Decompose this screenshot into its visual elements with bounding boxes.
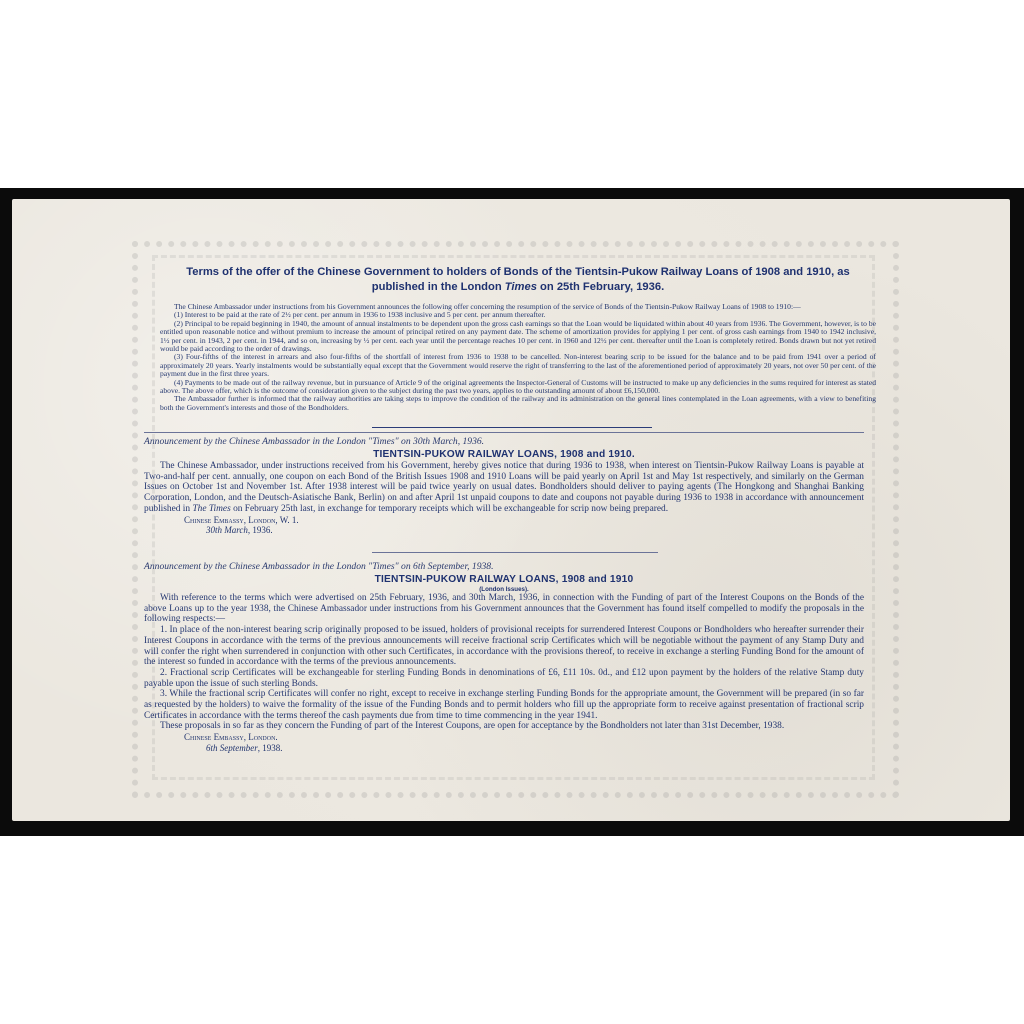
terms-title-line1: Terms of the offer of the Chinese Govern… xyxy=(160,265,876,280)
section-divider xyxy=(372,427,652,428)
signature-date: 6th September, 1938. xyxy=(206,743,864,754)
announcement-body: The Chinese Ambassador, under instructio… xyxy=(144,461,864,515)
times-italic: Times xyxy=(505,281,537,293)
announcement-line: Announcement by the Chinese Ambassador i… xyxy=(144,436,864,448)
terms-of-offer-section: Terms of the offer of the Chinese Govern… xyxy=(160,265,876,412)
date-text: 6th September xyxy=(206,743,258,753)
terms-paragraph: (3) Four-fifths of the interest in arrea… xyxy=(160,353,876,378)
date-text: 30th March xyxy=(206,525,248,535)
section-divider xyxy=(372,552,658,553)
signature-block: Chinese Embassy, London, W. 1. 30th Marc… xyxy=(184,515,864,536)
announcement-paragraph: The Chinese Ambassador, under instructio… xyxy=(144,461,864,515)
announcement-paragraph: These proposals in so far as they concer… xyxy=(144,721,864,732)
announcement-1938-section: Announcement by the Chinese Ambassador i… xyxy=(144,561,864,753)
date-year: , 1936. xyxy=(248,525,273,535)
announcement-body: With reference to the terms which were a… xyxy=(144,593,864,732)
announcement-line: Announcement by the Chinese Ambassador i… xyxy=(144,561,864,573)
announcement-paragraph: 1. In place of the non-interest bearing … xyxy=(144,625,864,668)
body-text: on February 25th last, in exchange for t… xyxy=(231,504,668,514)
announcement-paragraph: 3. While the fractional scrip Certificat… xyxy=(144,689,864,721)
announcement-paragraph: 2. Fractional scrip Certificates will be… xyxy=(144,668,864,689)
announcement-heading: TIENTSIN-PUKOW RAILWAY LOANS, 1908 and 1… xyxy=(144,448,864,461)
terms-paragraph: (2) Principal to be repaid beginning in … xyxy=(160,320,876,354)
signature-org: Chinese Embassy, London, W. 1. xyxy=(184,515,864,526)
announcement-subheading: (London Issues). xyxy=(144,586,864,593)
signature-org: Chinese Embassy, London. xyxy=(184,732,864,743)
terms-title-line2: published in the London Times on 25th Fe… xyxy=(160,280,876,295)
terms-body: The Chinese Ambassador under instruction… xyxy=(160,303,876,412)
signature-date: 30th March, 1936. xyxy=(206,525,864,536)
announcement-1936-section: Announcement by the Chinese Ambassador i… xyxy=(144,436,864,536)
terms-paragraph: (4) Payments to be made out of the railw… xyxy=(160,379,876,396)
terms-title-text: published in the London xyxy=(372,281,505,293)
terms-title-date: on 25th February, 1936. xyxy=(537,281,664,293)
times-italic: The Times xyxy=(192,504,230,514)
section-divider-thin xyxy=(144,432,864,433)
announcement-paragraph: With reference to the terms which were a… xyxy=(144,593,864,625)
terms-title: Terms of the offer of the Chinese Govern… xyxy=(160,265,876,295)
signature-block: Chinese Embassy, London. 6th September, … xyxy=(184,732,864,753)
terms-paragraph: The Ambassador further is informed that … xyxy=(160,395,876,412)
announcement-heading: TIENTSIN-PUKOW RAILWAY LOANS, 1908 and 1… xyxy=(144,573,864,586)
date-year: , 1938. xyxy=(258,743,283,753)
